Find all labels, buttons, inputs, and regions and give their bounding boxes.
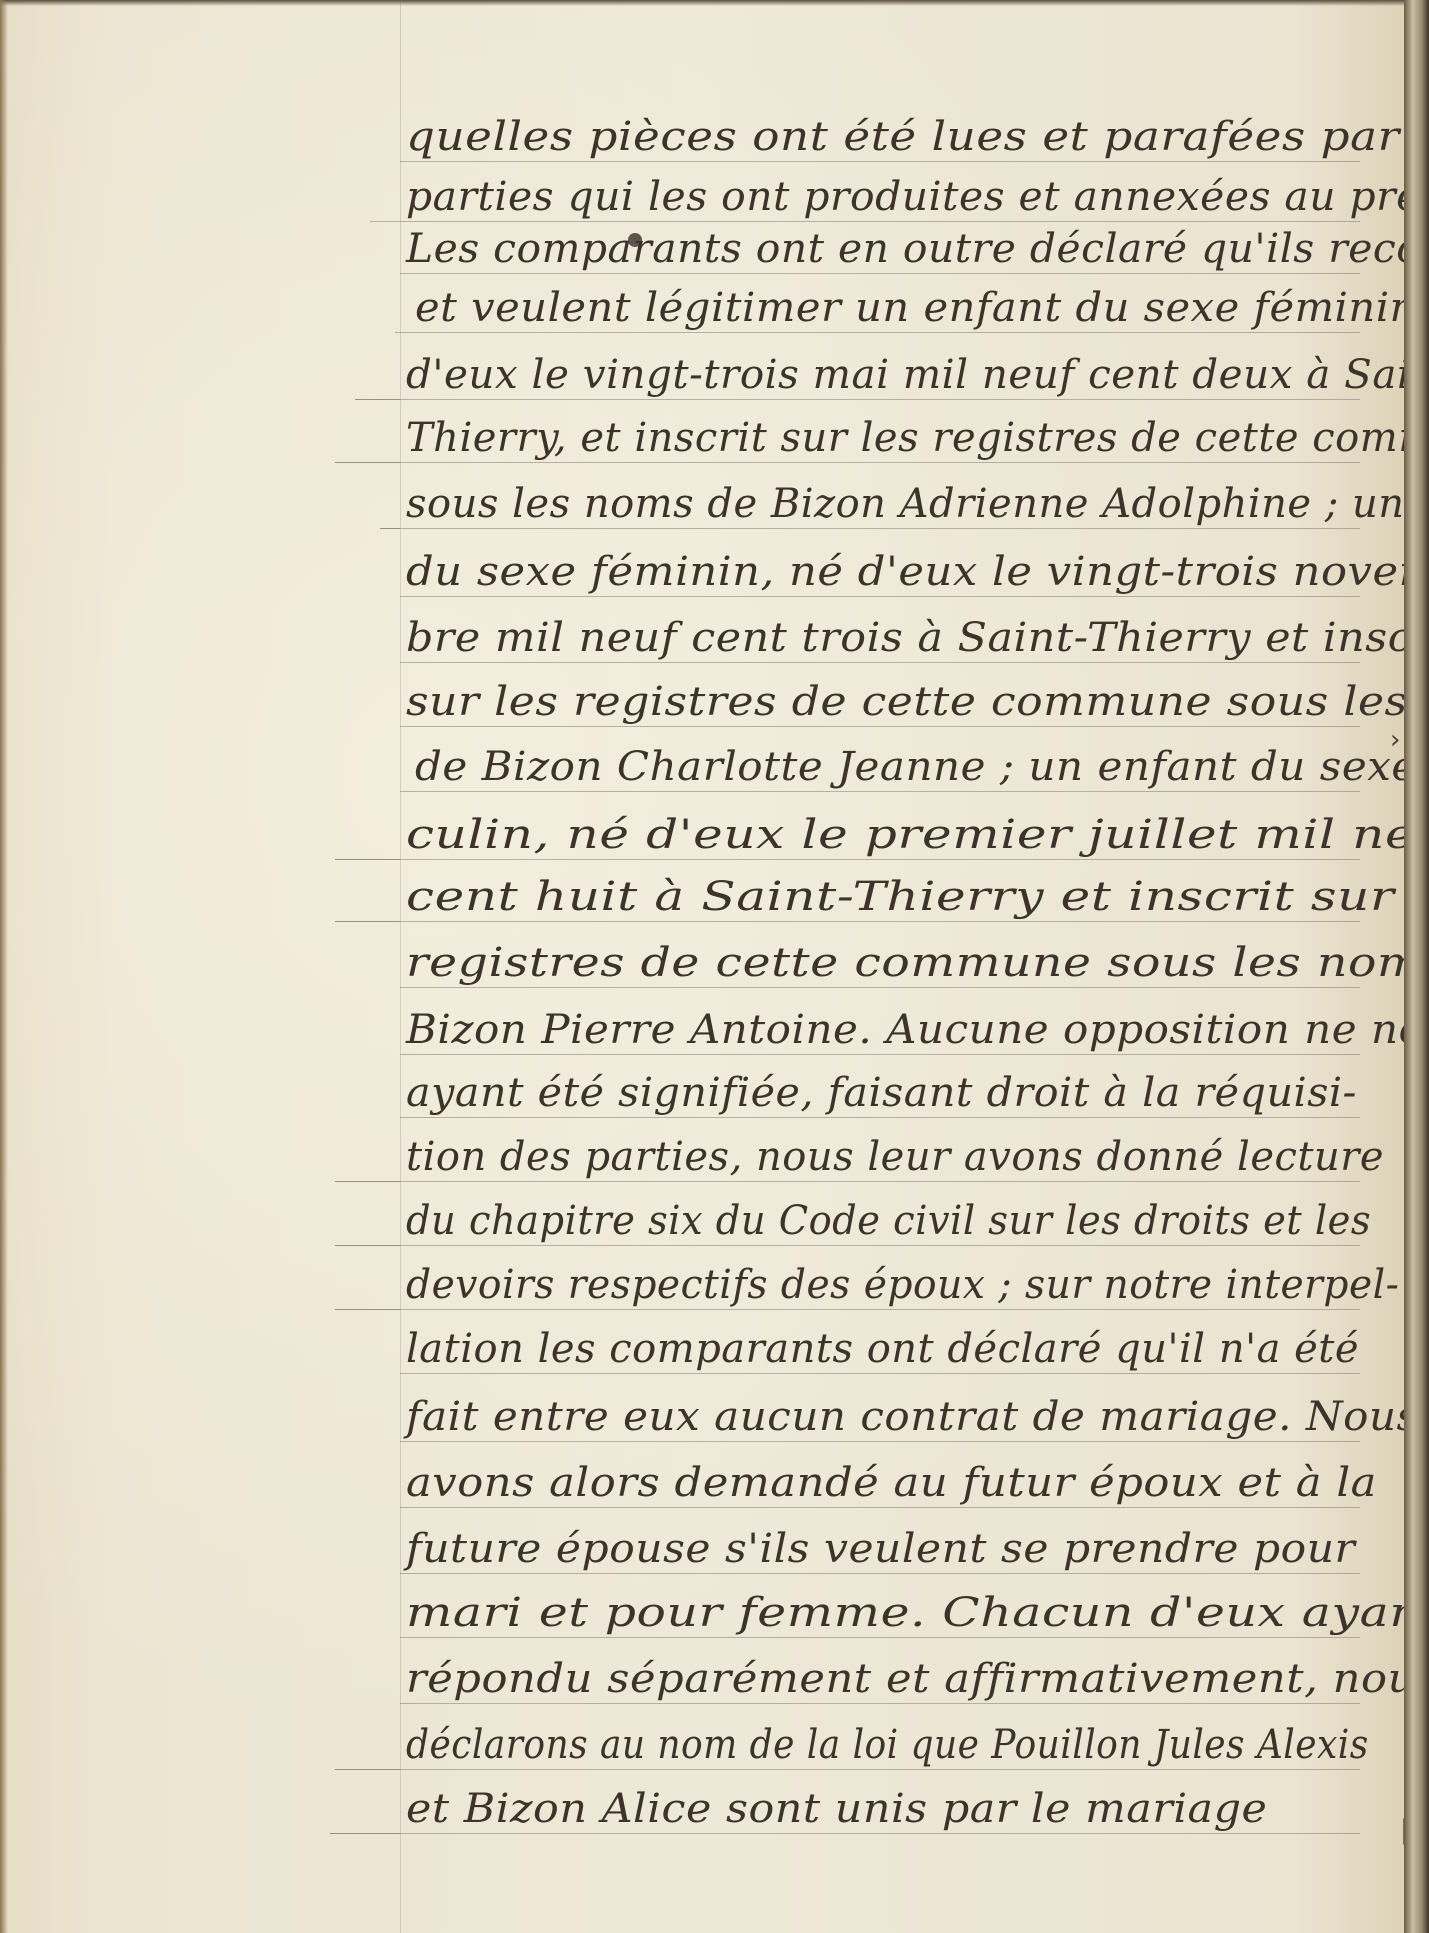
text-line-27: et Bizon Alice sont unis par le mariage (0, 1764, 1404, 1842)
handwritten-line: d'eux le vingt-trois mai mil neuf cent d… (406, 352, 1429, 398)
register-page: quelles pièces ont été lues et parafées … (0, 0, 1404, 1933)
ruled-line (400, 1833, 1360, 1834)
handwritten-line: déclarons au nom de la loi que Pouillon … (406, 1722, 1369, 1768)
ink-blot (628, 233, 642, 247)
handwritten-line: de Bizon Charlotte Jeanne ; un enfant du… (415, 744, 1429, 790)
handwritten-line: avons alors demandé au futur époux et à … (406, 1460, 1377, 1506)
handwritten-line: fait entre eux aucun contrat de mariage.… (406, 1394, 1419, 1440)
handwritten-line: du chapitre six du Code civil sur les dr… (406, 1198, 1371, 1244)
handwritten-line: ayant été signifiée, faisant droit à la … (406, 1070, 1357, 1116)
handwritten-line: Bizon Pierre Antoine. Aucune opposition … (406, 1007, 1429, 1053)
handwritten-line: mari et pour femme. Chacun d'eux ayant (406, 1590, 1429, 1636)
handwritten-line: lation les comparants ont déclaré qu'il … (406, 1326, 1359, 1372)
handwritten-line: registres de cette commune sous les noms… (406, 940, 1429, 986)
book-binding (1404, 0, 1429, 1933)
handwritten-line: et veulent légitimer un enfant du sexe f… (415, 285, 1429, 331)
text-line-11: de Bizon Charlotte Jeanne ; un enfant du… (0, 722, 1404, 800)
handwritten-line: tion des parties, nous leur avons donné … (406, 1134, 1384, 1180)
text-line-7: sous les noms de Bizon Adrienne Adolphin… (0, 459, 1404, 537)
handwritten-line: future épouse s'ils veulent se prendre p… (406, 1526, 1355, 1572)
handwritten-line: sur les registres de cette commune sous … (406, 679, 1429, 725)
handwritten-line: devoirs respectifs des époux ; sur notre… (406, 1262, 1399, 1308)
handwritten-line: bre mil neuf cent trois à Saint-Thierry … (406, 615, 1429, 661)
handwritten-line: Thierry, et inscrit sur les registres de… (406, 415, 1429, 461)
handwritten-line: du sexe féminin, né d'eux le vingt-trois… (406, 549, 1429, 595)
handwritten-line: sous les noms de Bizon Adrienne Adolphin… (406, 481, 1429, 527)
page-top-shadow (0, 0, 1404, 6)
handwritten-line: cent huit à Saint-Thierry et inscrit sur… (406, 874, 1429, 920)
handwritten-line: et Bizon Alice sont unis par le mariage (406, 1786, 1267, 1832)
page-edge-mark: › (1390, 725, 1400, 755)
margin-tick (330, 1833, 400, 1834)
handwritten-line: répondu séparément et affirmativement, n… (406, 1656, 1429, 1702)
text-line-20: lation les comparants ont déclaré qu'il … (0, 1304, 1404, 1382)
